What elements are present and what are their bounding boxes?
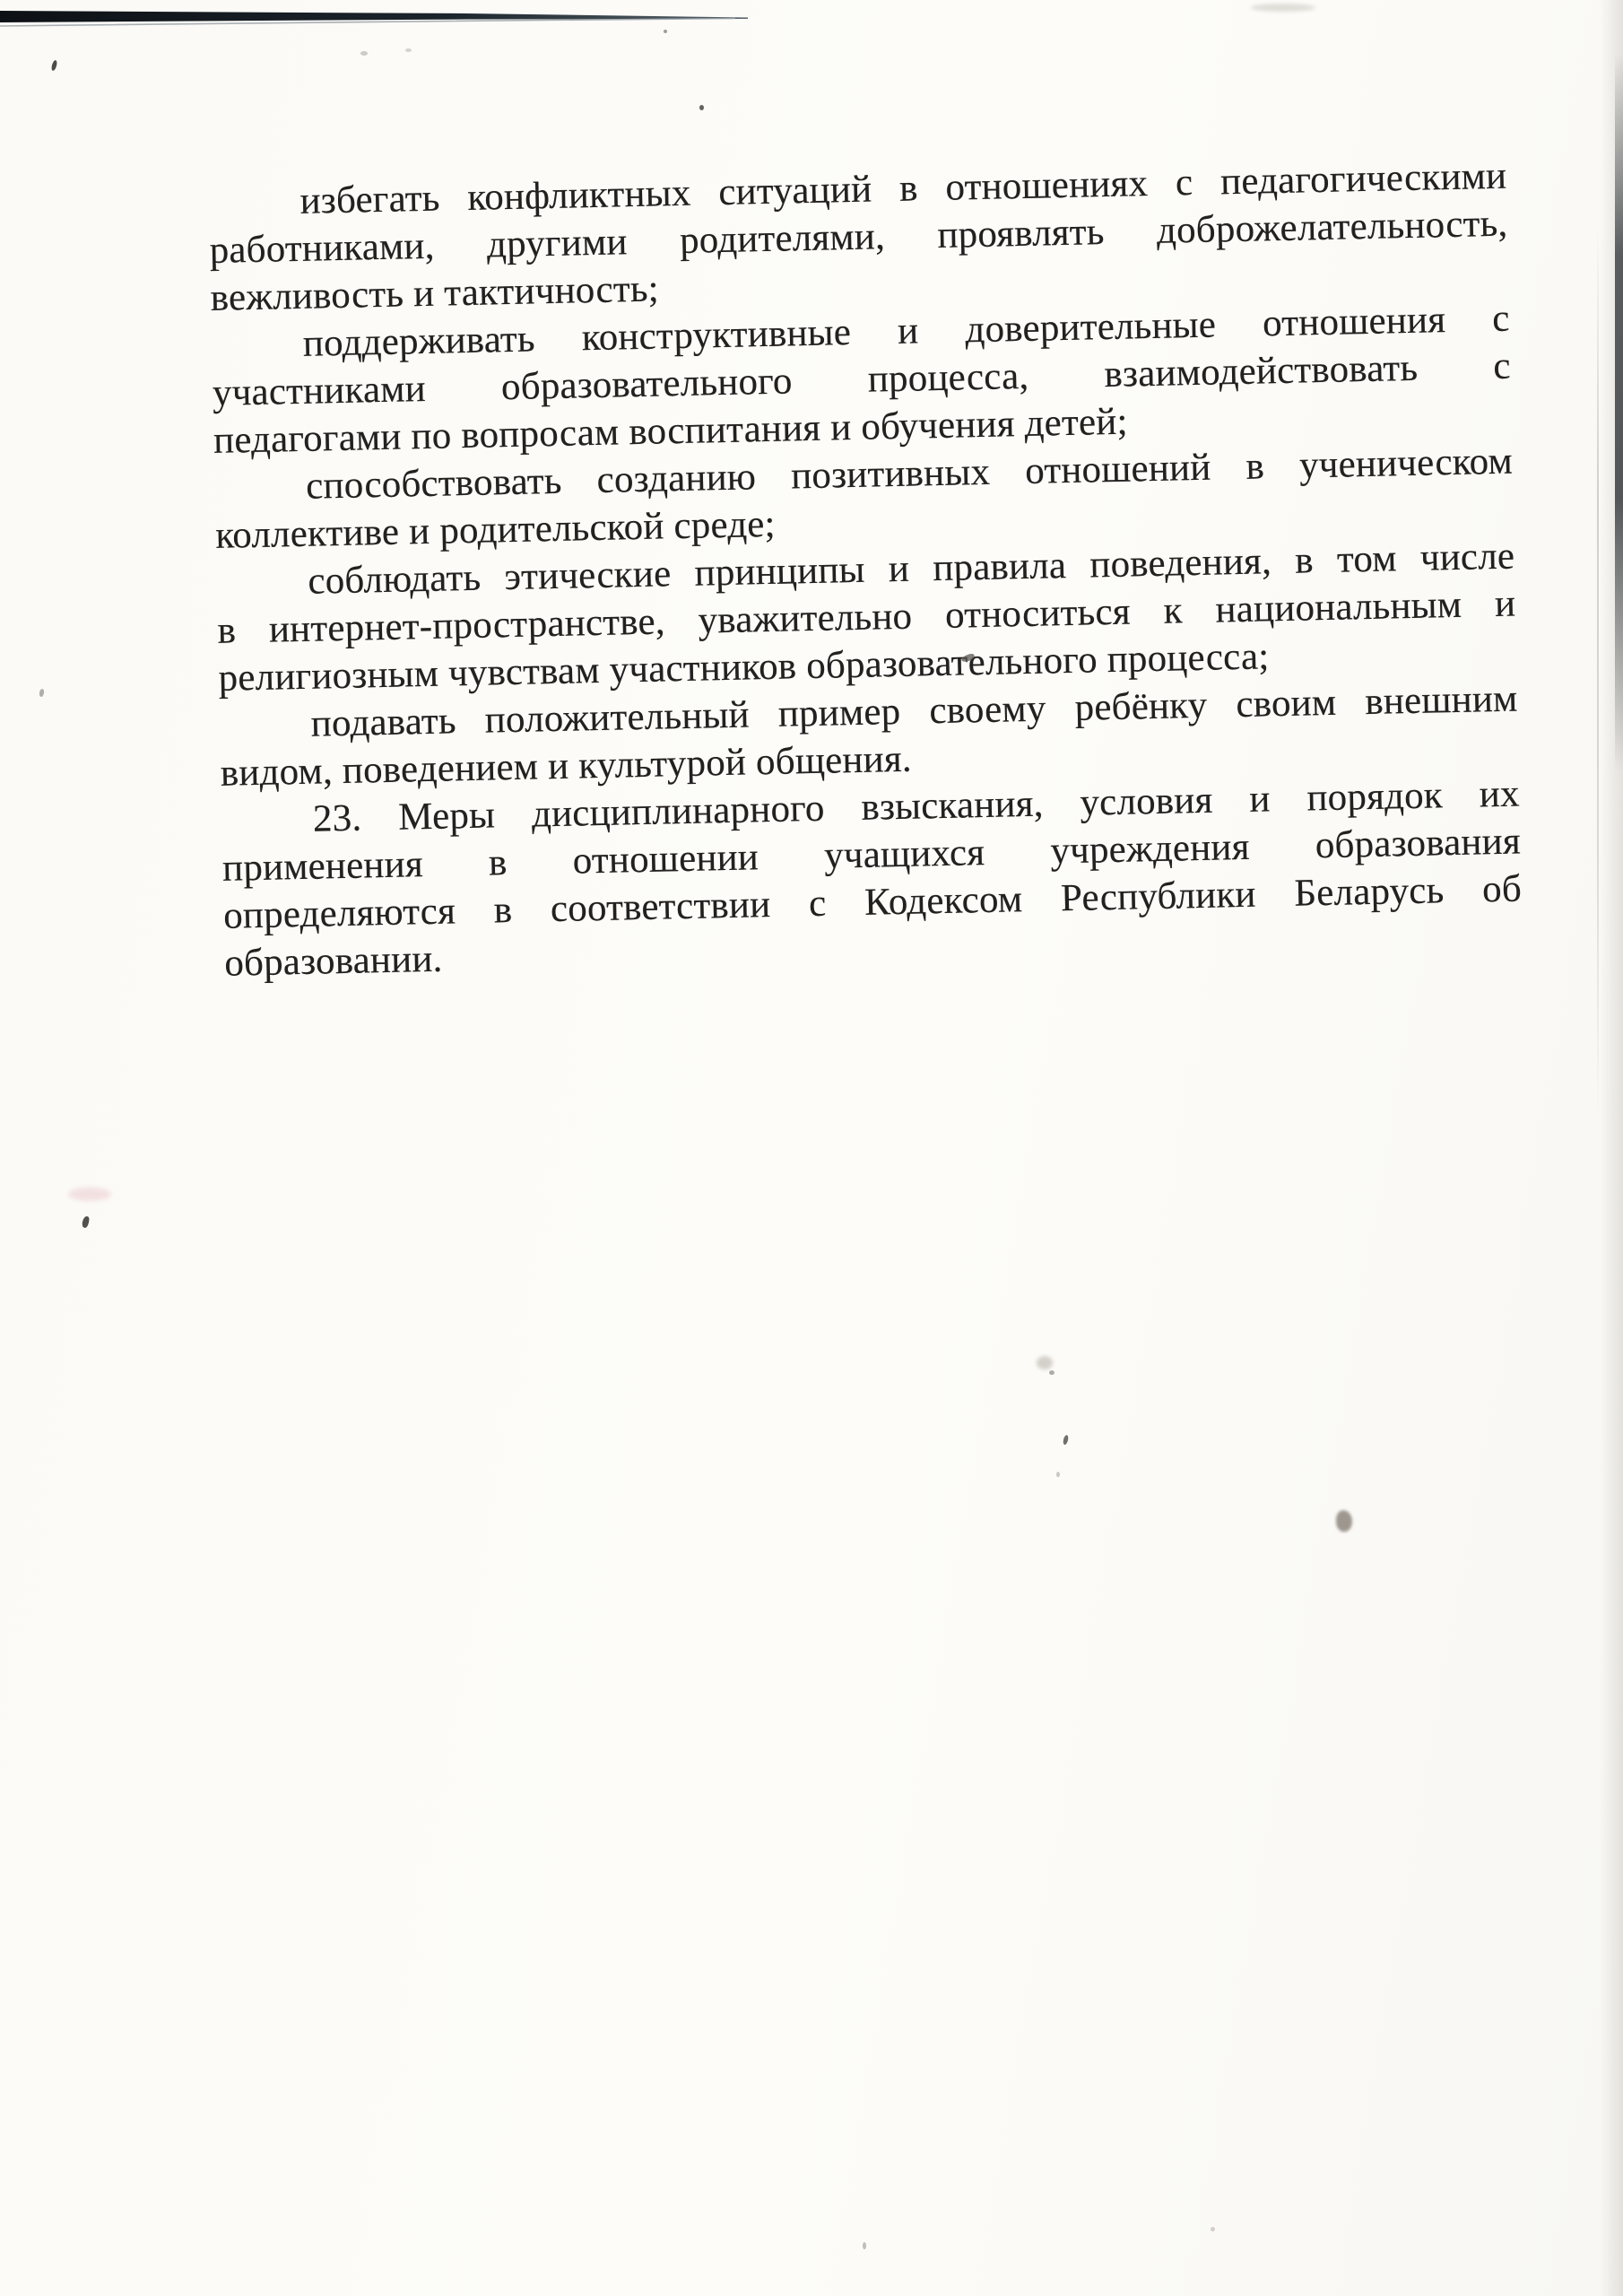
scan-speckle <box>1049 1370 1055 1375</box>
scan-speckle <box>1211 2227 1215 2231</box>
scanned-page: избегать конфликтных ситуаций в отношени… <box>0 0 1623 2296</box>
scan-speckle <box>1063 1435 1070 1446</box>
scan-speckle <box>1336 1510 1352 1532</box>
scan-speckle <box>664 30 667 33</box>
scan-speckle <box>405 48 412 52</box>
scan-wedge-hairline <box>0 19 735 27</box>
paragraph: соблюдать этические принципы и правила п… <box>216 533 1517 702</box>
scan-speckle <box>39 689 44 698</box>
scan-top-edge-artifact <box>0 0 771 54</box>
scan-wedge-shape <box>0 11 748 22</box>
scan-speckle <box>1056 1472 1060 1477</box>
scan-right-edge-hairline <box>1597 224 1599 1121</box>
paragraph: избегать конфликтных ситуаций в отношени… <box>208 152 1509 322</box>
scan-right-edge-strip <box>1615 54 1623 771</box>
scan-speckle <box>1037 1356 1053 1370</box>
scan-speckle <box>863 2242 866 2249</box>
scan-speckle <box>360 51 368 56</box>
scan-speckle <box>699 105 704 110</box>
scan-speckle <box>1251 4 1315 12</box>
scan-speckle <box>82 1215 91 1228</box>
scan-speckle <box>68 1187 111 1201</box>
paragraph: 23. Меры дисциплинарного взыскания, усло… <box>221 770 1523 987</box>
paragraph: поддерживать конструктивные и доверитель… <box>211 295 1512 465</box>
scan-speckle <box>50 60 57 72</box>
document-body: избегать конфликтных ситуаций в отношени… <box>208 152 1523 987</box>
